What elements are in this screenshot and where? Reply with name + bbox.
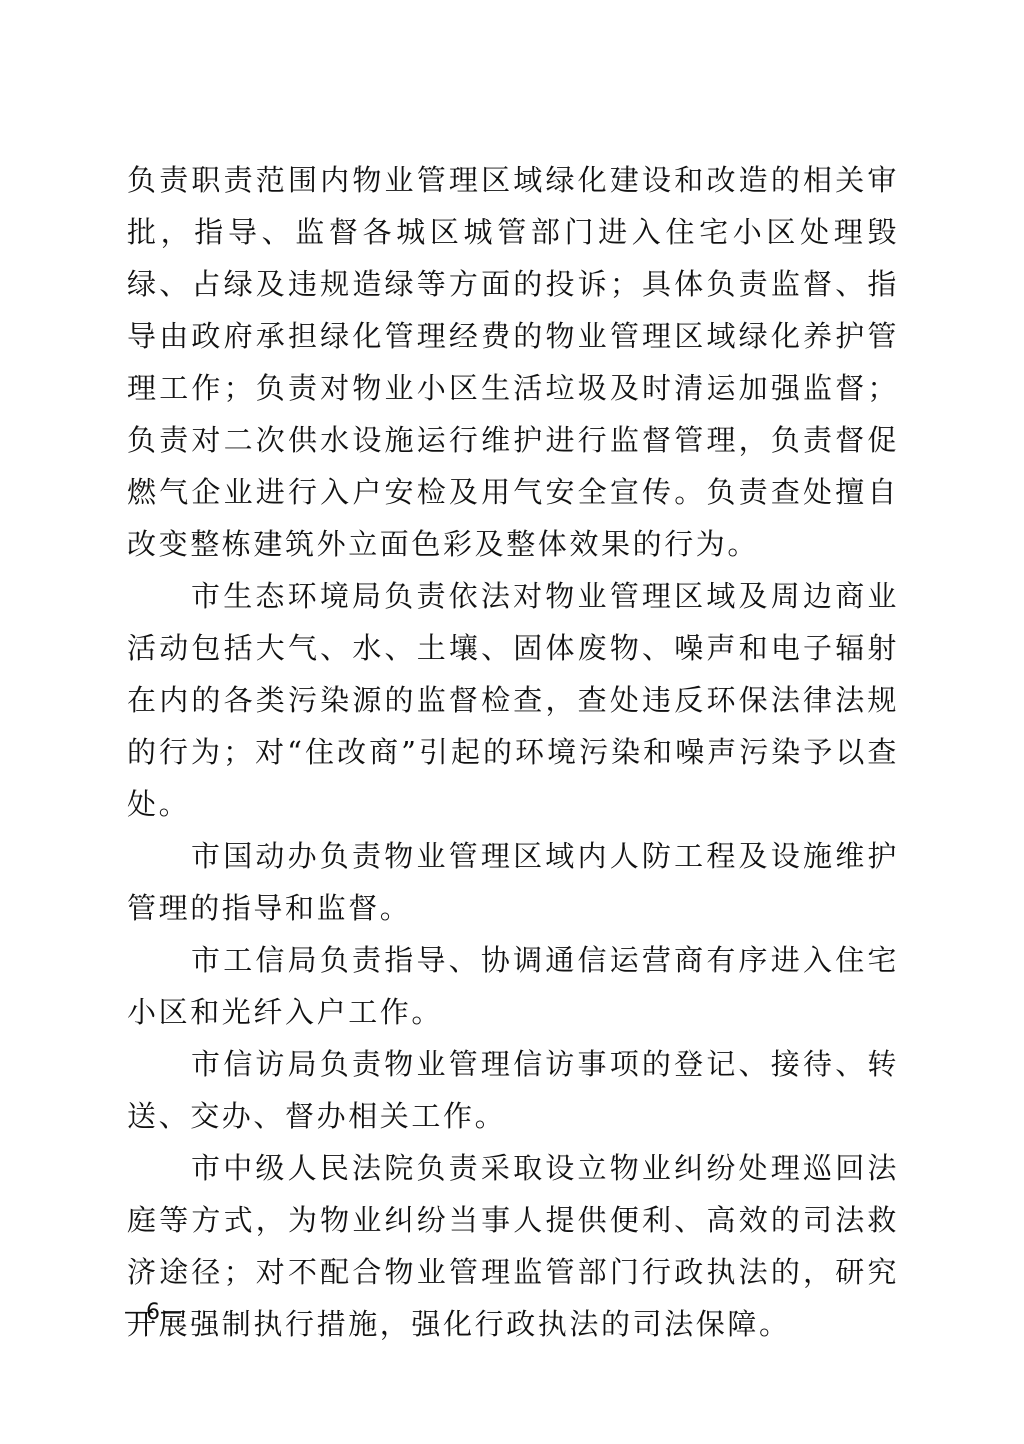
document-page: 负责职责范围内物业管理区域绿化建设和改造的相关审批，指导、监督各城区城管部门进入…: [0, 0, 1024, 1444]
paragraph-industry-it-bureau: 市工信局负责指导、协调通信运营商有序进入住宅小区和光纤入户工作。: [127, 934, 899, 1038]
paragraph-ecology-environment-bureau: 市生态环境局负责依法对物业管理区域及周边商业活动包括大气、水、土壤、固体废物、噪…: [127, 570, 899, 830]
paragraph-greening-duties: 负责职责范围内物业管理区域绿化建设和改造的相关审批，指导、监督各城区城管部门进入…: [127, 154, 899, 570]
page-number: —6—: [124, 1300, 182, 1325]
paragraph-petition-bureau: 市信访局负责物业管理信访事项的登记、接待、转送、交办、督办相关工作。: [127, 1038, 899, 1142]
document-body: 负责职责范围内物业管理区域绿化建设和改造的相关审批，指导、监督各城区城管部门进入…: [127, 154, 899, 1350]
paragraph-civil-defense-office: 市国动办负责物业管理区域内人防工程及设施维护管理的指导和监督。: [127, 830, 899, 934]
paragraph-intermediate-court: 市中级人民法院负责采取设立物业纠纷处理巡回法庭等方式，为物业纠纷当事人提供便利、…: [127, 1142, 899, 1350]
